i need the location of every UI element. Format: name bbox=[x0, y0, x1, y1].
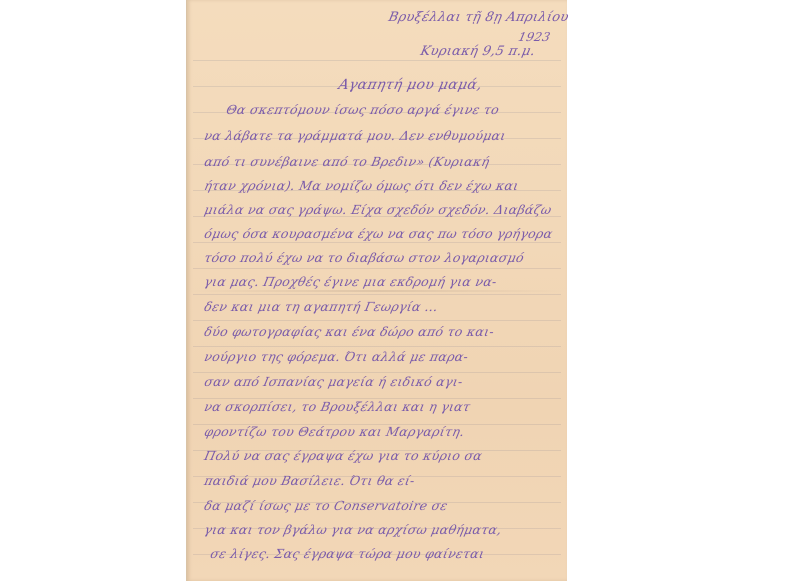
letter-body-line: από τι συνέβαινε από το Βρεδιν» (Κυριακή bbox=[203, 154, 491, 169]
ruled-line bbox=[193, 242, 561, 243]
letter-body-line: για και τον βγάλω για να αρχίσω μαθήματα… bbox=[203, 522, 503, 537]
ruled-line bbox=[193, 268, 561, 269]
letter-body-line: ήταν χρόνια). Μα νομίζω όμως ότι δεν έχω… bbox=[203, 178, 520, 193]
letter-body-line: παιδιά μου Βασίλειε. Ότι θα εί- bbox=[203, 473, 416, 488]
ruled-line bbox=[193, 346, 561, 347]
letter-body-line: τόσο πολύ έχω να το διαβάσω στον λογαρια… bbox=[203, 250, 526, 265]
letter-body-line: δα μαζί ίσως με το Conservatoire σε bbox=[203, 498, 449, 513]
ruled-line bbox=[193, 372, 561, 373]
letter-body-line: δύο φωτογραφίας και ένα δώρο από το και- bbox=[203, 324, 496, 339]
ruled-line bbox=[193, 320, 561, 321]
letter-body-line: φροντίζω του Θεάτρου και Μαργαρίτη. bbox=[203, 424, 466, 439]
scanned-page: Βρυξέλλαι τῇ 8ῃ Απριλίου 1923 Κυριακή 9,… bbox=[0, 0, 800, 581]
letter-body-line: δεν και μια τη αγαπητή Γεωργία ... bbox=[203, 299, 440, 314]
ruled-line bbox=[193, 60, 561, 61]
letter-day-time: Κυριακή 9,5 π.μ. bbox=[419, 44, 537, 59]
letter-body-line: να σκορπίσει, το Βρουξέλλαι και η γιατ bbox=[203, 399, 472, 414]
letter-body-line: όμως όσα κουρασμένα έχω να σας πω τόσο γ… bbox=[203, 226, 554, 241]
letter-body-line: μιάλα να σας γράψω. Είχα σχεδόν σχεδόν. … bbox=[203, 202, 553, 217]
letter-body-line: για μας. Προχθές έγινε μια εκδρομή για ν… bbox=[203, 274, 498, 289]
letter-body-line: Θα σκεπτόμουν ίσως πόσο αργά έγινε το bbox=[225, 102, 501, 117]
letter-body-line: σαν από Ισπανίας μαγεία ή ειδικό αγι- bbox=[203, 374, 464, 389]
letter-year: 1923 bbox=[517, 30, 552, 44]
letter-greeting: Αγαπητή μου μαμά, bbox=[337, 77, 484, 93]
letter-body-line: σε λίγες. Σας έγραψα τώρα μου φαίνεται bbox=[209, 546, 486, 561]
paper-fold-crease bbox=[187, 290, 567, 292]
letter-paper: Βρυξέλλαι τῇ 8ῃ Απριλίου 1923 Κυριακή 9,… bbox=[186, 0, 567, 581]
letter-body-line: Πολύ να σας έγραψα έχω για το κύριο σα bbox=[203, 448, 484, 463]
letter-body-line: νούργιο της φόρεμα. Ότι αλλά με παρα- bbox=[203, 349, 470, 364]
letter-body-line: να λάβατε τα γράμματά μου. Δεν ενθυμούμα… bbox=[203, 128, 507, 143]
ruled-line bbox=[193, 294, 561, 295]
letter-place-date: Βρυξέλλαι τῇ 8ῃ Απριλίου bbox=[387, 10, 570, 25]
